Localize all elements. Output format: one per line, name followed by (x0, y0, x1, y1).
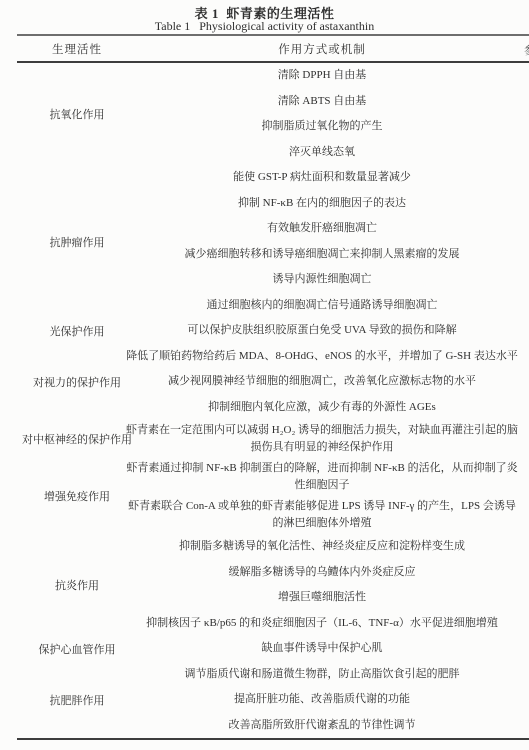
mechanism-cell: 缓解脂多糖诱导的乌鳢体内外炎症反应 (137, 560, 507, 586)
physiological-activity-table: 生理活性 作用方式或机制 抗氧化作用清除 DPPH 自由基清除 ABTS 自由基… (17, 34, 529, 740)
mechanism-text: 虾青素联合 Con-A 或单独的虾青素能够促进 LPS 诱导 INF-γ 的产生… (128, 498, 516, 532)
mechanism-cell: 可以保护皮肤组织胶原蛋白免受 UVA 导致的损伤和降解 (137, 318, 507, 344)
mechanism-text: 缓解脂多糖诱导的乌鳢体内外炎症反应 (229, 564, 416, 581)
activity-cell: 抗炎作用 (17, 534, 137, 636)
mechanism-cell: 诱导内源性细胞凋亡 (137, 267, 507, 293)
mechanism-text: 虾青素在一定范围内可以减弱 H₂O₂ 诱导的细胞活力损失，对缺血再灌注引起的脑 … (126, 422, 518, 456)
mechanism-cell: 改善高脂所致肝代谢紊乱的节律性调节 (137, 713, 507, 739)
mechanism-cell: 缺血事件诱导中保护心肌 (137, 636, 507, 662)
mechanism-text: 通过细胞核内的细胞凋亡信号通路诱导细胞凋亡 (207, 297, 438, 314)
mechanism-cell: 抑制 NF-κB 在内的细胞因子的表达 (137, 191, 507, 217)
mechanism-cell: 清除 ABTS 自由基 (137, 89, 507, 115)
mechanism-text: 降低了顺铂药物给药后 MDA、8-OHdG、eNOS 的水平，并增加了 G-SH… (126, 348, 518, 365)
mechanism-cell: 淬灭单线态氧 (137, 140, 507, 166)
mechanism-list: 可以保护皮肤组织胶原蛋白免受 UVA 导致的损伤和降解 (137, 318, 507, 344)
mechanism-cell: 增强巨噬细胞活性 (137, 585, 507, 611)
mechanism-text: 清除 DPPH 自由基 (278, 67, 367, 84)
activity-group: 保护心血管作用缺血事件诱导中保护心肌 (17, 636, 529, 662)
mechanism-cell: 抑制细胞内氧化应激，减少有毒的外源性 AGEs (137, 395, 507, 421)
scanned-paper-page: 表 1 虾青素的生理活性 Table 1 Physiological activ… (0, 0, 529, 750)
mechanism-text: 缺血事件诱导中保护心肌 (262, 640, 383, 657)
mechanism-text: 清除 ABTS 自由基 (278, 93, 367, 110)
table-header-row: 生理活性 作用方式或机制 (17, 34, 529, 63)
mechanism-text: 诱导内源性细胞凋亡 (273, 271, 372, 288)
mechanism-text: 减少视网膜神经节细胞的细胞凋亡，改善氧化应激标志物的水平 (168, 373, 476, 390)
mechanism-cell: 通过细胞核内的细胞凋亡信号通路诱导细胞凋亡 (137, 293, 507, 319)
mechanism-text: 抑制 NF-κB 在内的细胞因子的表达 (238, 195, 406, 212)
mechanism-list: 调节脂质代谢和肠道微生物群，防止高脂饮食引起的肥胖提高肝脏功能、改善脂质代谢的功… (137, 662, 507, 739)
activity-group: 抗氧化作用清除 DPPH 自由基清除 ABTS 自由基抑制脂质过氧化物的产生淬灭… (17, 63, 529, 165)
activity-group: 抗肿瘤作用能使 GST-P 病灶面积和数量显著减少抑制 NF-κB 在内的细胞因… (17, 165, 529, 318)
mechanism-list: 降低了顺铂药物给药后 MDA、8-OHdG、eNOS 的水平，并增加了 G-SH… (137, 344, 507, 421)
mechanism-list: 缺血事件诱导中保护心肌 (137, 636, 507, 662)
mechanism-text: 能使 GST-P 病灶面积和数量显著减少 (233, 169, 411, 186)
mechanism-list: 虾青素在一定范围内可以减弱 H₂O₂ 诱导的细胞活力损失，对缺血再灌注引起的脑 … (137, 420, 507, 458)
mechanism-text: 虾青素通过抑制 NF-κB 抑制蛋白的降解，进而抑制 NF-κB 的活化，从而抑… (126, 460, 517, 494)
activity-group: 对视力的保护作用降低了顺铂药物给药后 MDA、8-OHdG、eNOS 的水平，并… (17, 344, 529, 421)
mechanism-cell: 有效触发肝癌细胞凋亡 (137, 216, 507, 242)
mechanism-cell: 减少癌细胞转移和诱导癌细胞凋亡来抑制人黑素瘤的发展 (137, 242, 507, 268)
activity-group: 对中枢神经的保护作用虾青素在一定范围内可以减弱 H₂O₂ 诱导的细胞活力损失，对… (17, 420, 529, 458)
mechanism-cell: 降低了顺铂药物给药后 MDA、8-OHdG、eNOS 的水平，并增加了 G-SH… (137, 344, 507, 370)
mechanism-text: 抑制细胞内氧化应激，减少有毒的外源性 AGEs (208, 399, 436, 416)
activity-cell: 对视力的保护作用 (17, 344, 137, 421)
activity-cell: 增强免疫作用 (17, 458, 137, 534)
activity-group: 光保护作用可以保护皮肤组织胶原蛋白免受 UVA 导致的损伤和降解 (17, 318, 529, 344)
mechanism-text: 改善高脂所致肝代谢紊乱的节律性调节 (229, 717, 416, 734)
mechanism-text: 抑制脂质过氧化物的产生 (262, 118, 383, 135)
mechanism-text: 可以保护皮肤组织胶原蛋白免受 UVA 导致的损伤和降解 (187, 322, 456, 339)
mechanism-list: 能使 GST-P 病灶面积和数量显著减少抑制 NF-κB 在内的细胞因子的表达有… (137, 165, 507, 318)
activity-cell: 对中枢神经的保护作用 (17, 420, 137, 458)
activity-group: 增强免疫作用虾青素通过抑制 NF-κB 抑制蛋白的降解，进而抑制 NF-κB 的… (17, 458, 529, 534)
mechanism-cell: 能使 GST-P 病灶面积和数量显著减少 (137, 165, 507, 191)
mechanism-cell: 调节脂质代谢和肠道微生物群，防止高脂饮食引起的肥胖 (137, 662, 507, 688)
mechanism-cell: 减少视网膜神经节细胞的细胞凋亡，改善氧化应激标志物的水平 (137, 369, 507, 395)
table-title-en: Table 1 Physiological activity of astaxa… (0, 19, 529, 34)
mechanism-text: 减少癌细胞转移和诱导癌细胞凋亡来抑制人黑素瘤的发展 (185, 246, 460, 263)
activity-cell: 抗肥胖作用 (17, 662, 137, 739)
mechanism-cell: 抑制脂多糖诱导的氧化活性、神经炎症反应和淀粉样变生成 (137, 534, 507, 560)
mechanism-cell: 抑制核因子 κB/p65 的和炎症细胞因子（IL-6、TNF-α）水平促进细胞增… (137, 611, 507, 637)
mechanism-cell: 虾青素在一定范围内可以减弱 H₂O₂ 诱导的细胞活力损失，对缺血再灌注引起的脑 … (137, 420, 507, 458)
mechanism-cell: 虾青素通过抑制 NF-κB 抑制蛋白的降解，进而抑制 NF-κB 的活化，从而抑… (137, 458, 507, 496)
activity-group: 抗炎作用抑制脂多糖诱导的氧化活性、神经炎症反应和淀粉样变生成缓解脂多糖诱导的乌鳢… (17, 534, 529, 636)
mechanism-text: 抑制脂多糖诱导的氧化活性、神经炎症反应和淀粉样变生成 (179, 538, 465, 555)
cropped-third-column-header: 参考文献 (524, 42, 529, 58)
table-body: 抗氧化作用清除 DPPH 自由基清除 ABTS 自由基抑制脂质过氧化物的产生淬灭… (17, 63, 529, 738)
mechanism-text: 淬灭单线态氧 (289, 144, 355, 161)
mechanism-text: 增强巨噬细胞活性 (278, 589, 366, 606)
mechanism-text: 提高肝脏功能、改善脂质代谢的功能 (234, 691, 410, 708)
activity-cell: 保护心血管作用 (17, 636, 137, 662)
activity-cell: 抗氧化作用 (17, 63, 137, 165)
header-cell-mechanism: 作用方式或机制 (137, 41, 507, 57)
mechanism-cell: 提高肝脏功能、改善脂质代谢的功能 (137, 687, 507, 713)
mechanism-cell: 虾青素联合 Con-A 或单独的虾青素能够促进 LPS 诱导 INF-γ 的产生… (137, 496, 507, 534)
mechanism-list: 虾青素通过抑制 NF-κB 抑制蛋白的降解，进而抑制 NF-κB 的活化，从而抑… (137, 458, 507, 534)
activity-cell: 抗肿瘤作用 (17, 165, 137, 318)
mechanism-text: 调节脂质代谢和肠道微生物群，防止高脂饮食引起的肥胖 (185, 666, 460, 683)
activity-group: 抗肥胖作用调节脂质代谢和肠道微生物群，防止高脂饮食引起的肥胖提高肝脏功能、改善脂… (17, 662, 529, 739)
mechanism-list: 清除 DPPH 自由基清除 ABTS 自由基抑制脂质过氧化物的产生淬灭单线态氧 (137, 63, 507, 165)
header-cell-activity: 生理活性 (17, 41, 137, 57)
mechanism-text: 有效触发肝癌细胞凋亡 (267, 220, 377, 237)
mechanism-list: 抑制脂多糖诱导的氧化活性、神经炎症反应和淀粉样变生成缓解脂多糖诱导的乌鳢体内外炎… (137, 534, 507, 636)
mechanism-cell: 清除 DPPH 自由基 (137, 63, 507, 89)
mechanism-text: 抑制核因子 κB/p65 的和炎症细胞因子（IL-6、TNF-α）水平促进细胞增… (146, 615, 498, 632)
activity-cell: 光保护作用 (17, 318, 137, 344)
mechanism-cell: 抑制脂质过氧化物的产生 (137, 114, 507, 140)
